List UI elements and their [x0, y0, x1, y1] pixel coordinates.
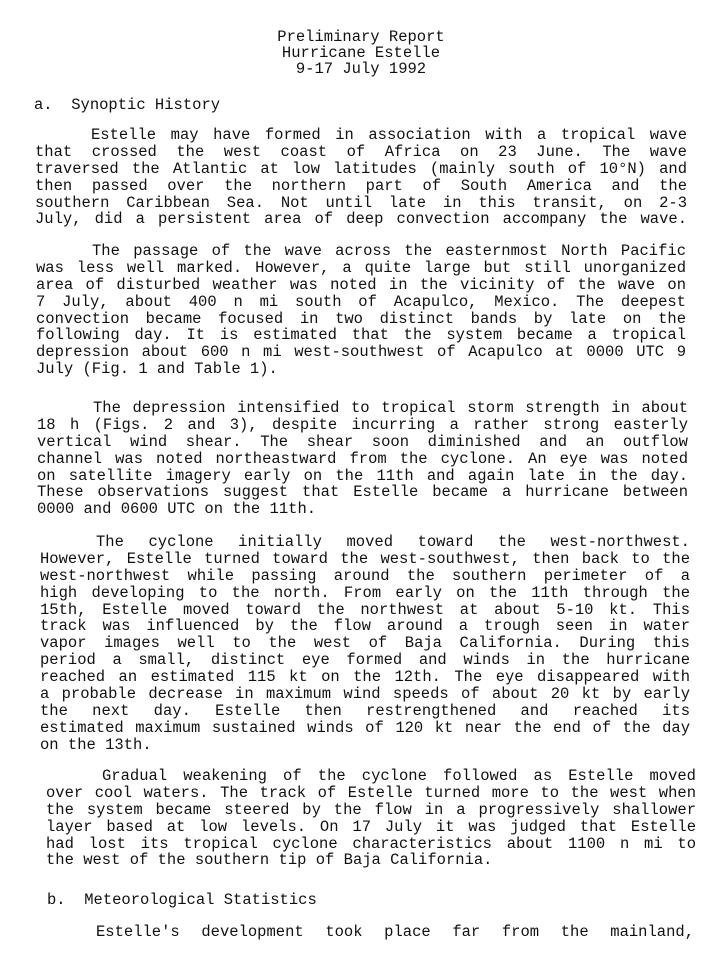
section-label: a. [34, 96, 53, 114]
paragraph: Estelle's development took place far fro… [40, 924, 694, 941]
text-line: Gradual weakening of the cyclone followe… [46, 768, 696, 785]
text-line: reached an estimated 115 kt on the 12th.… [40, 669, 690, 686]
paragraph: The passage of the wave across the easte… [36, 243, 686, 378]
text-line: July, did a persistent area of deep conv… [35, 211, 687, 228]
text-line: 7 July, about 400 n mi south of Acapulco… [36, 294, 686, 311]
text-line: then passed over the northern part of So… [35, 178, 687, 195]
text-line: 15th, Estelle moved toward the northwest… [40, 602, 690, 619]
text-line: the west of the southern tip of Baja Cal… [46, 852, 696, 869]
text-line: had lost its tropical cyclone characteri… [46, 836, 696, 853]
paragraph: Estelle may have formed in association w… [35, 127, 687, 228]
text-line: 0000 and 0600 UTC on the 11th. [37, 501, 688, 518]
text-line: July (Fig. 1 and Table 1). [36, 361, 686, 378]
title-line: Hurricane Estelle [0, 45, 722, 61]
text-line: These observations suggest that Estelle … [37, 484, 688, 501]
title-line: 9-17 July 1992 [0, 61, 722, 77]
text-line: high developing to the north. From early… [40, 585, 690, 602]
text-line: period a small, distinct eye formed and … [40, 652, 690, 669]
section-heading-meteorological-statistics: b. Meteorological Statistics [47, 891, 317, 909]
text-line: vapor images well to the west of Baja Ca… [40, 635, 690, 652]
text-line: area of disturbed weather was noted in t… [36, 277, 686, 294]
text-line: the next day. Estelle then restrengthene… [40, 703, 690, 720]
section-title: Synoptic History [71, 96, 220, 114]
text-line: depression about 600 n mi west-southwest… [36, 344, 686, 361]
text-line: layer based at low levels. On 17 July it… [46, 819, 696, 836]
paragraph: The depression intensified to tropical s… [37, 400, 688, 518]
paragraph: The cyclone initially moved toward the w… [40, 534, 690, 754]
text-line: over cool waters. The track of Estelle t… [46, 785, 696, 802]
title-line: Preliminary Report [0, 29, 722, 45]
text-line: The cyclone initially moved toward the w… [40, 534, 690, 551]
text-line: that crossed the west coast of Africa on… [35, 144, 687, 161]
text-line: southern Caribbean Sea. Not until late i… [35, 195, 687, 212]
text-line: However, Estelle turned toward the west-… [40, 551, 690, 568]
text-line: Estelle's development took place far fro… [40, 924, 694, 941]
text-line: channel was noted northeastward from the… [37, 451, 688, 468]
text-line: track was influenced by the flow around … [40, 618, 690, 635]
section-heading-synoptic-history: a. Synoptic History [34, 96, 220, 114]
text-line: west-northwest while passing around the … [40, 568, 690, 585]
text-line: on satellite imagery early on the 11th a… [37, 468, 688, 485]
section-title: Meteorological Statistics [84, 891, 317, 909]
text-line: traversed the Atlantic at low latitudes … [35, 161, 687, 178]
text-line: estimated maximum sustained winds of 120… [40, 720, 690, 737]
text-line: Estelle may have formed in association w… [35, 127, 687, 144]
text-line: the system became steered by the flow in… [46, 802, 696, 819]
text-line: The passage of the wave across the easte… [36, 243, 686, 260]
section-label: b. [47, 891, 66, 909]
text-line: following day. It is estimated that the … [36, 327, 686, 344]
text-line: vertical wind shear. The shear soon dimi… [37, 434, 688, 451]
paragraph: Gradual weakening of the cyclone followe… [46, 768, 696, 869]
text-line: was less well marked. However, a quite l… [36, 260, 686, 277]
text-line: convection became focused in two distinc… [36, 311, 686, 328]
document-page: Preliminary Report Hurricane Estelle 9-1… [0, 0, 722, 977]
text-line: The depression intensified to tropical s… [37, 400, 688, 417]
report-title: Preliminary Report Hurricane Estelle 9-1… [0, 29, 722, 77]
text-line: on the 13th. [40, 737, 690, 754]
text-line: 18 h (Figs. 2 and 3), despite incurring … [37, 417, 688, 434]
text-line: a probable decrease in maximum wind spee… [40, 686, 690, 703]
